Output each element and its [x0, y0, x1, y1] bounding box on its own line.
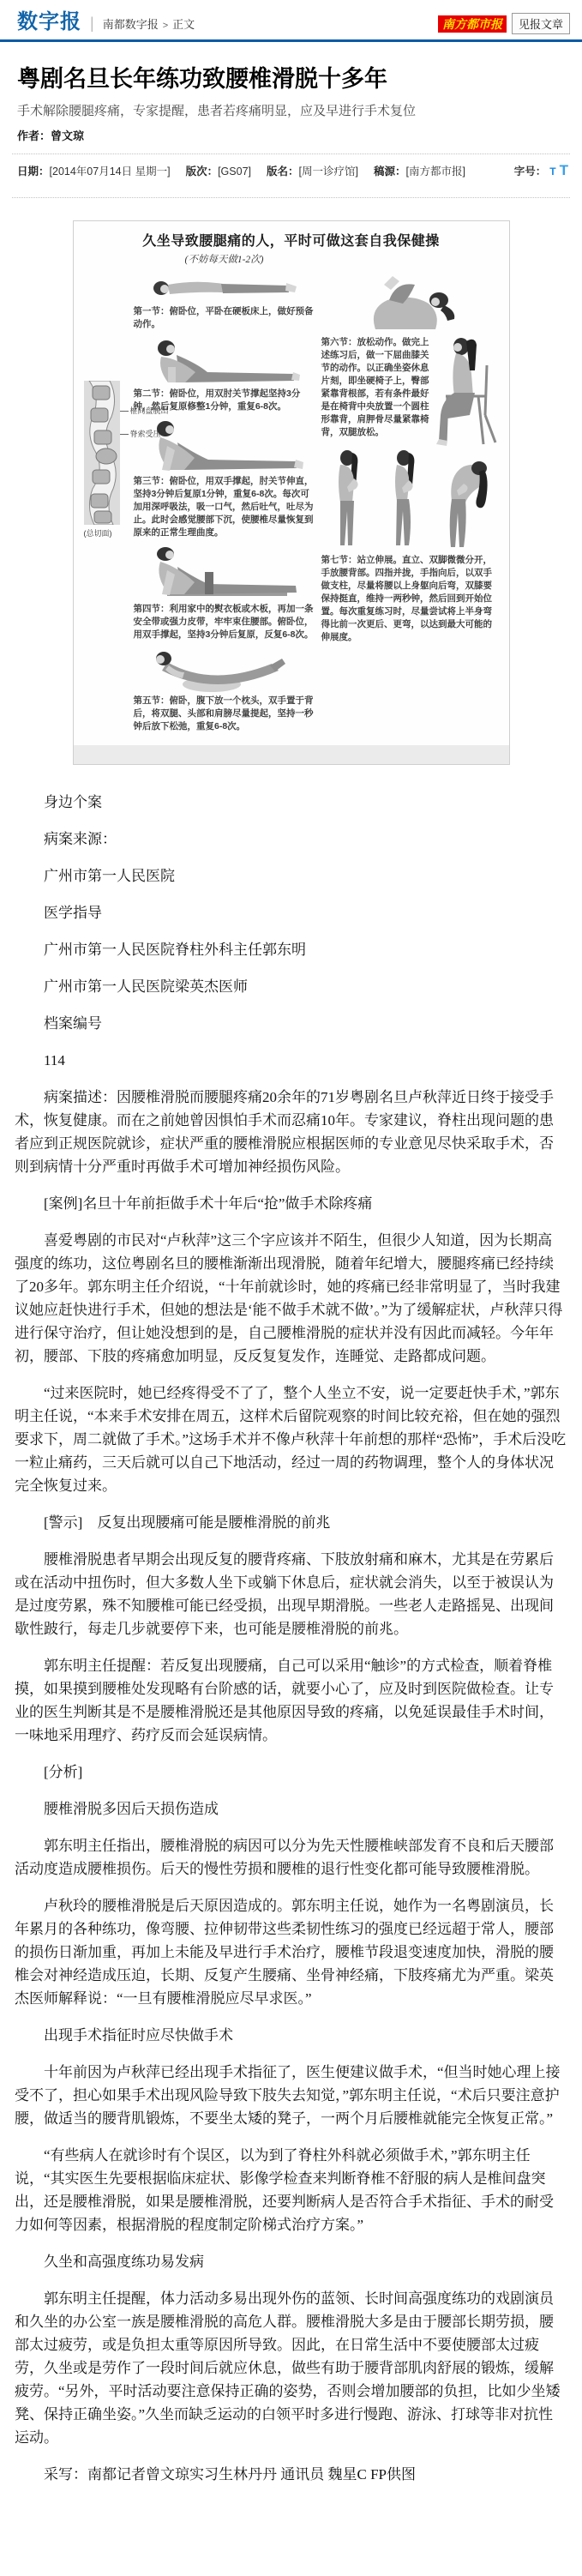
figure-step6-knee-hug — [358, 271, 461, 334]
spine-cross-section-inset: 椎间盘脱出 脊索受压 (总切面) — [84, 381, 185, 539]
exercise-infographic: 久坐导致腰腿痛的人，平时可做这套自我保健操 (不妨每天做1-2次) — [73, 220, 510, 765]
body-paragraph: 广州市第一人民医院脊柱外科主任郭东明 — [15, 938, 567, 961]
article-subtitle: 手术解除腰腿疼痛，专家提醒，患者若疼痛明显，应及早进行手术复位 — [17, 102, 565, 121]
header-divider: | — [90, 15, 94, 33]
digital-newspaper-page: 数字报 | 南都数字报>正文 南方都市报 见报文章 粤剧名旦长年练功致腰椎滑脱十… — [0, 0, 582, 2576]
breadcrumb-root-link[interactable]: 南都数字报 — [103, 18, 159, 31]
meta-date: 日期：[2014年07月14日 星期一] — [17, 163, 171, 178]
body-paragraph: 广州市第一人民医院 — [15, 864, 567, 888]
body-paragraph: 病案来源： — [15, 828, 567, 851]
step5-caption: 第五节：俯卧，腹下放一个枕头，双手置于背后，将双腿、头部和肩膀尽量提起，坚持一秒… — [134, 695, 316, 733]
step4-caption: 第四节：利用家中的熨衣板或木板，再加一条安全带或强力皮带，牢牢束住腰部。俯卧位，… — [134, 603, 316, 641]
body-paragraph: 卢秋玲的腰椎滑脱是后天原因造成的。郭东明主任说，她作为一名粤剧演员，长年累月的各… — [15, 1894, 567, 2010]
figure-step5-superman-pillow — [143, 648, 306, 693]
body-paragraph: “过来医院时，她已经疼得受不了了，整个人坐立不安，说一定要赶快手术，”郭东明主任… — [15, 1381, 567, 1497]
meta-edition: 版次：[GS07] — [186, 163, 251, 178]
body-paragraph: 郭东明主任提醒：若反复出现腰痛，自己可以采用“触诊”的方式检查，顺着脊椎摸，如果… — [15, 1654, 567, 1747]
spine-illustration — [84, 381, 120, 525]
figure-step7-standing-side — [385, 449, 423, 551]
step7-standing-figures — [321, 449, 498, 552]
article-header: 粤剧名旦长年练功致腰椎滑脱十多年 手术解除腰腿疼痛，专家提醒，患者若疼痛明显，应… — [0, 42, 582, 143]
fontsize-label: 字号： — [514, 163, 547, 178]
site-logo[interactable]: 数字报 — [17, 4, 81, 34]
body-paragraph: 广州市第一人民医院梁英杰医师 — [15, 975, 567, 998]
fontsize-increase-button[interactable]: T — [560, 162, 568, 179]
step6-caption: 第六节：放松动作。做完上述练习后，做一下屈曲膝关节的动作。以正确坐姿休息片刻，即… — [321, 336, 431, 439]
body-paragraph: 郭东明主任指出，腰椎滑脱的病因可以分为先天性腰椎峡部发育不良和后天腰部活动度造成… — [15, 1834, 567, 1881]
article-figure: 久坐导致腰腿痛的人，平时可做这套自我保健操 (不妨每天做1-2次) — [73, 220, 510, 765]
infographic-right-column: 第六节：放松动作。做完上述练习后，做一下屈曲膝关节的动作。以正确坐姿休息片刻，即… — [315, 271, 498, 740]
body-paragraph: 出现手术指征时应尽快做手术 — [15, 2024, 567, 2047]
breadcrumb-separator-icon: > — [163, 21, 168, 31]
author-name: 曾文琼 — [51, 129, 84, 142]
body-paragraph: 腰椎滑脱患者早期会出现反复的腰背疼痛、下肢放射痛和麻木，尤其是在劳累后或在活动中… — [15, 1548, 567, 1640]
figure-step6-seated-chair — [435, 336, 499, 446]
meta-section: 版名：[周一诊疗馆] — [267, 163, 358, 178]
breadcrumb: 南都数字报>正文 — [103, 15, 195, 32]
body-paragraph: [案例]名旦十年前拒做手术十年后“抢”做手术除疼痛 — [15, 1192, 567, 1215]
body-paragraph: 喜爱粤剧的市民对“卢秋萍”这三个字应该并不陌生，但很少人知道，因为长期高强度的练… — [15, 1229, 567, 1368]
dotted-divider-bottom — [12, 197, 570, 198]
exercise-step-4: 第四节：利用家中的熨衣板或木板，再加一条安全带或强力皮带，牢牢束住腰部。俯卧位，… — [134, 546, 316, 641]
paper-badge[interactable]: 南方都市报 — [438, 15, 507, 33]
breadcrumb-current: 正文 — [172, 18, 195, 31]
infographic-title: 久坐导致腰腿痛的人，平时可做这套自我保健操 — [84, 230, 499, 250]
author-label: 作者： — [17, 129, 51, 142]
body-paragraph: 114 — [15, 1049, 567, 1072]
figure-step1-lying-flat — [147, 271, 302, 304]
body-paragraph: 身边个案 — [15, 791, 567, 814]
step1-caption: 第一节：俯卧位，平卧在硬板床上，做好预备动作。 — [134, 305, 316, 331]
body-paragraph: [警示] 反复出现腰痛可能是腰椎滑脱的前兆 — [15, 1511, 567, 1534]
figure-step7-backbend — [440, 449, 489, 551]
printed-article-button[interactable]: 见报文章 — [512, 13, 570, 34]
body-paragraph: 档案编号 — [15, 1012, 567, 1035]
fontsize-decrease-button[interactable]: T — [549, 166, 555, 178]
spine-labels: 椎间盘脱出 脊索受压 — [120, 381, 169, 525]
exercise-step-6: 第六节：放松动作。做完上述练习后，做一下屈曲膝关节的动作。以正确坐姿休息片刻，即… — [321, 336, 498, 446]
infographic-subtitle: (不妨每天做1-2次) — [185, 252, 499, 266]
article-meta-row: 日期：[2014年07月14日 星期一] 版次：[GS07] 版名：[周一诊疗馆… — [0, 154, 582, 187]
article-body: 身边个案 病案来源： 广州市第一人民医院 医学指导 广州市第一人民医院脊柱外科主… — [0, 765, 582, 2486]
body-paragraph: 病案描述：因腰椎滑脱而腰腿疼痛20余年的71岁粤剧名旦卢秋萍近日终于接受手术，恢… — [15, 1086, 567, 1178]
spine-label-cord: 脊索受压 — [120, 428, 169, 439]
body-paragraph: 医学指导 — [15, 901, 567, 924]
page-title: 粤剧名旦长年练功致腰椎滑脱十多年 — [17, 64, 565, 93]
body-paragraph: 十年前因为卢秋萍已经出现手术指征了，医生便建议做手术，“但当时她心理上接受不了，… — [15, 2061, 567, 2130]
body-paragraph: 采写：南都记者曾文琼实习生林丹丹 通讯员 魏星C FP供图 — [15, 2463, 567, 2486]
exercise-step-1: 第一节：俯卧位，平卧在硬板床上，做好预备动作。 — [134, 271, 316, 331]
spine-label-disc: 椎间盘脱出 — [120, 405, 169, 416]
body-paragraph: [分析] — [15, 1760, 567, 1784]
exercise-step-5: 第五节：俯卧，腹下放一个枕头，双手置于背后，将双腿、头部和肩膀尽量提起，坚持一秒… — [134, 648, 316, 733]
figure-step4-board-strap — [143, 546, 306, 601]
fontsize-control: 字号： T T — [514, 162, 568, 179]
step7-caption: 第七节：站立伸展。直立、双脚微微分开，手放腰背部。四指并拢，手指向后，以双手做支… — [321, 554, 498, 644]
body-paragraph: 郭东明主任提醒，体力活动多易出现外伤的蓝领、长时间高强度练功的戏剧演员和久坐的办… — [15, 2287, 567, 2449]
infographic-left-column: 椎间盘脱出 脊索受压 (总切面) — [84, 271, 316, 740]
site-header: 数字报 | 南都数字报>正文 南方都市报 见报文章 — [0, 0, 582, 42]
body-paragraph: 久坐和高强度练功易发病 — [15, 2250, 567, 2273]
figure-step2-sphinx — [147, 338, 302, 386]
meta-source: 稿源：[南方都市报] — [374, 163, 465, 178]
article-author: 作者：曾文琼 — [17, 127, 565, 143]
body-paragraph: “有些病人在就诊时有个误区，以为到了脊柱外科就必须做手术，”郭东明主任说，“其实… — [15, 2144, 567, 2236]
figure-step7-standing — [330, 449, 368, 551]
spine-caption: (总切面) — [84, 527, 185, 539]
body-paragraph: 腰椎滑脱多因后天损伤造成 — [15, 1797, 567, 1821]
figure-caption-strip — [74, 745, 509, 764]
